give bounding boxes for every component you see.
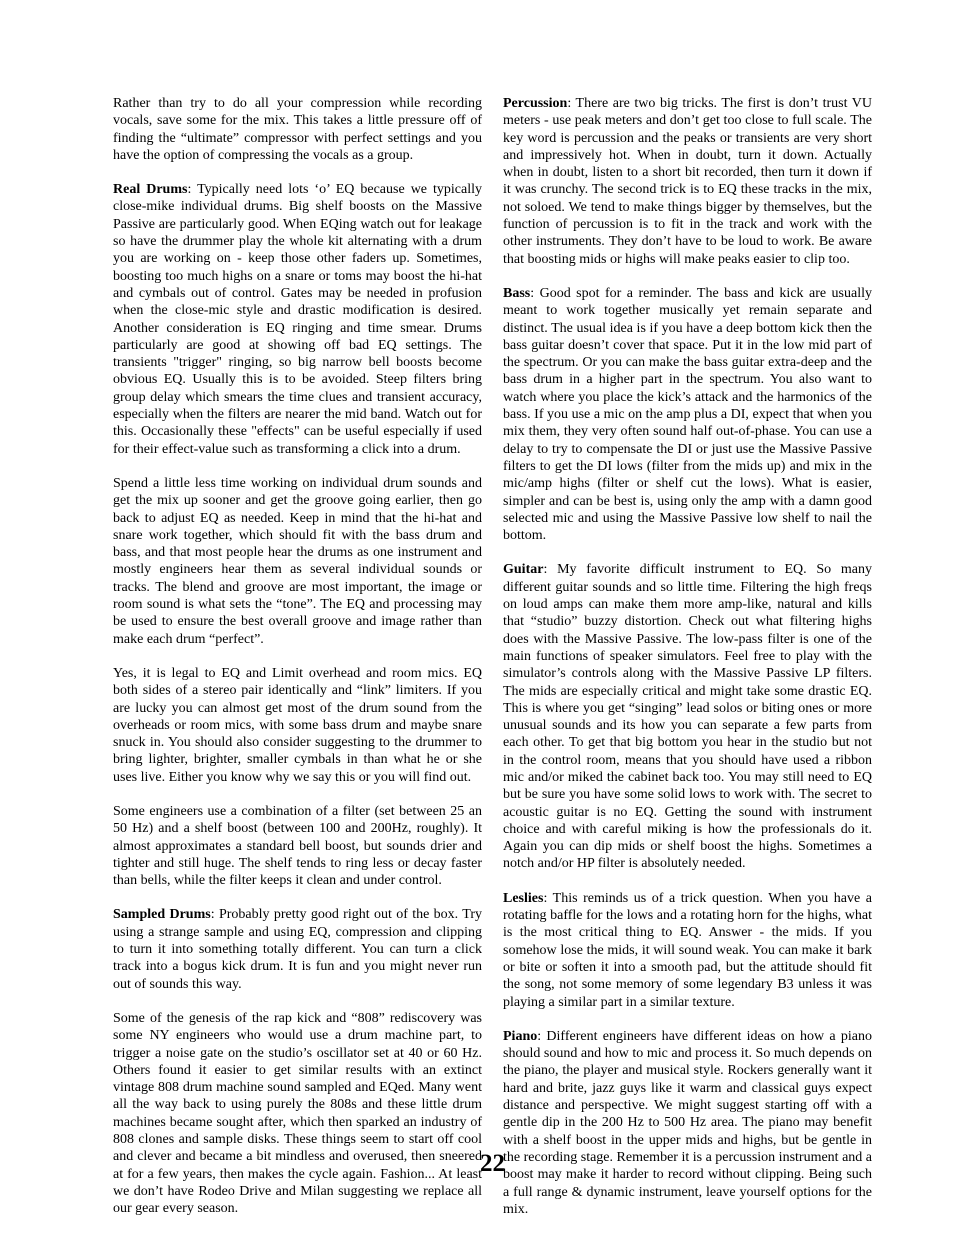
paragraph-lead: Bass: [503, 286, 530, 301]
paragraph: Piano: Different engineers have differen…: [503, 1028, 872, 1218]
paragraph-lead: Piano: [503, 1029, 537, 1044]
paragraph: Spend a little less time working on indi…: [113, 475, 482, 648]
paragraph: Rather than try to do all your compressi…: [113, 95, 482, 164]
paragraph-body: : My favorite difficult instrument to EQ…: [503, 562, 872, 871]
paragraph-lead: Real Drums: [113, 182, 187, 197]
paragraph: Leslies: This reminds us of a trick ques…: [503, 890, 872, 1011]
paragraph-lead: Leslies: [503, 891, 543, 906]
paragraph-body: Some engineers use a combination of a fi…: [113, 804, 482, 888]
page-number: 22: [113, 1150, 872, 1178]
paragraph-body: : There are two big tricks. The first is…: [503, 96, 872, 267]
paragraph-body: : Different engineers have different ide…: [503, 1029, 872, 1217]
paragraph-body: Yes, it is legal to EQ and Limit overhea…: [113, 666, 482, 785]
paragraph-body: : This reminds us of a trick question. W…: [503, 891, 872, 1010]
paragraph-body: : Good spot for a reminder. The bass and…: [503, 286, 872, 543]
paragraph-body: Spend a little less time working on indi…: [113, 476, 482, 647]
page-content: Rather than try to do all your compressi…: [113, 95, 872, 1218]
paragraph-body: Some of the genesis of the rap kick and …: [113, 1011, 482, 1216]
document-page: Rather than try to do all your compressi…: [0, 0, 954, 1235]
paragraph: Some engineers use a combination of a fi…: [113, 803, 482, 889]
paragraph: Guitar: My favorite difficult instrument…: [503, 561, 872, 872]
paragraph-lead: Sampled Drums: [113, 907, 211, 922]
paragraph: Yes, it is legal to EQ and Limit overhea…: [113, 665, 482, 786]
paragraph-body: : Typically need lots ‘o’ EQ because we …: [113, 182, 482, 456]
paragraph: Percussion: There are two big tricks. Th…: [503, 95, 872, 268]
column-right: Percussion: There are two big tricks. Th…: [503, 95, 872, 1218]
paragraph-lead: Percussion: [503, 96, 567, 111]
paragraph: Bass: Good spot for a reminder. The bass…: [503, 285, 872, 544]
paragraph: Some of the genesis of the rap kick and …: [113, 1010, 482, 1218]
paragraph-lead: Guitar: [503, 562, 543, 577]
paragraph: Sampled Drums: Probably pretty good righ…: [113, 906, 482, 992]
column-left: Rather than try to do all your compressi…: [113, 95, 482, 1218]
paragraph-body: Rather than try to do all your compressi…: [113, 96, 482, 163]
paragraph: Real Drums: Typically need lots ‘o’ EQ b…: [113, 181, 482, 458]
